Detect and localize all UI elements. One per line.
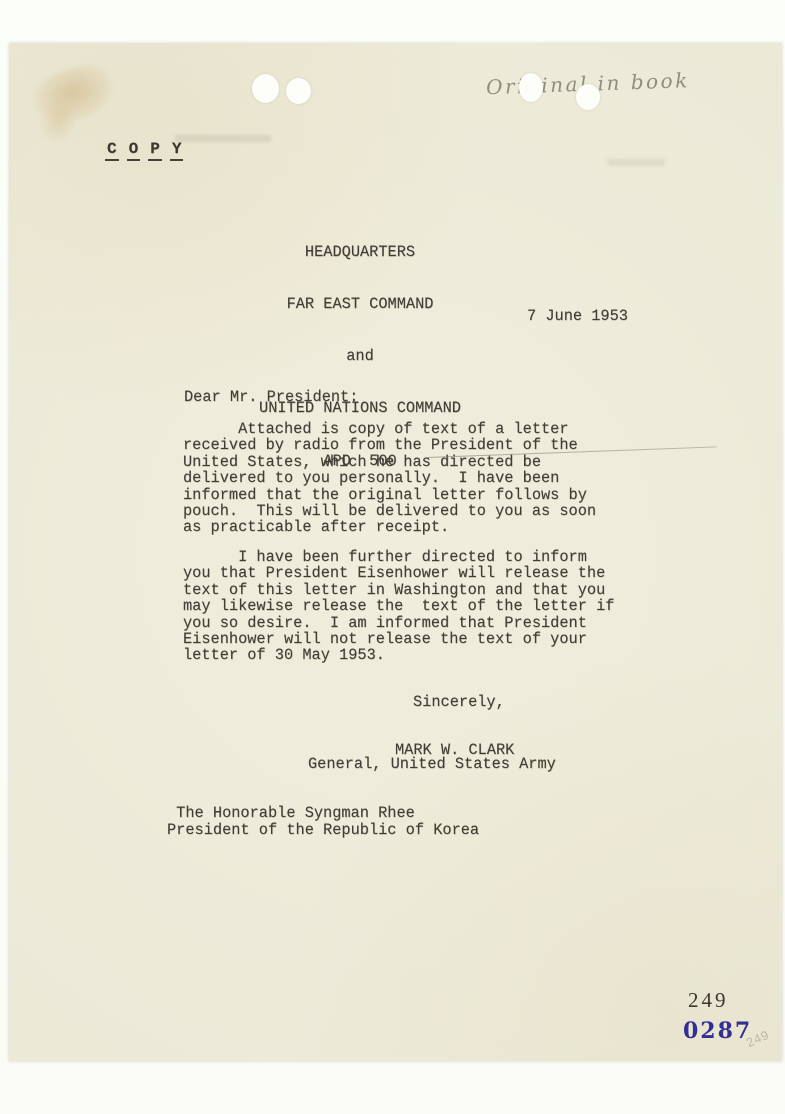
- letter-page: Original in book COPY HEADQUARTERS FAR E…: [9, 43, 782, 1061]
- copy-label: COPY: [105, 140, 191, 161]
- body-paragraph-2: I have been further directed to inform y…: [183, 549, 614, 664]
- copy-letter-c: C: [105, 140, 119, 161]
- page-number-stamp: 249: [688, 988, 729, 1013]
- punch-hole: [252, 74, 279, 103]
- letterhead-far-east-command: FAR EAST COMMAND: [160, 296, 560, 313]
- letterhead-and: and: [160, 348, 560, 365]
- copy-letter-p: P: [148, 140, 162, 161]
- punch-hole: [576, 84, 600, 110]
- punch-hole: [286, 78, 311, 104]
- stain-mark-tail: [35, 96, 82, 149]
- salutation: Dear Mr. President:: [184, 388, 358, 406]
- copy-letter-o: O: [127, 140, 141, 161]
- closing: Sincerely,: [413, 693, 505, 711]
- stain-mark: [27, 58, 121, 133]
- punch-hole: [519, 73, 543, 102]
- ink-smudge: [607, 159, 665, 166]
- archive-number-stamp: 0287: [683, 1018, 752, 1044]
- signature-title: General, United States Army: [308, 755, 556, 773]
- body-paragraph-1: Attached is copy of text of a letter rec…: [183, 421, 596, 536]
- letterhead-headquarters: HEADQUARTERS: [160, 244, 560, 261]
- recipient-block: The Honorable Syngman Rhee President of …: [167, 805, 479, 839]
- scan-background: Original in book COPY HEADQUARTERS FAR E…: [0, 0, 785, 1114]
- copy-letter-y: Y: [170, 140, 184, 161]
- date-line: 7 June 1953: [527, 307, 628, 325]
